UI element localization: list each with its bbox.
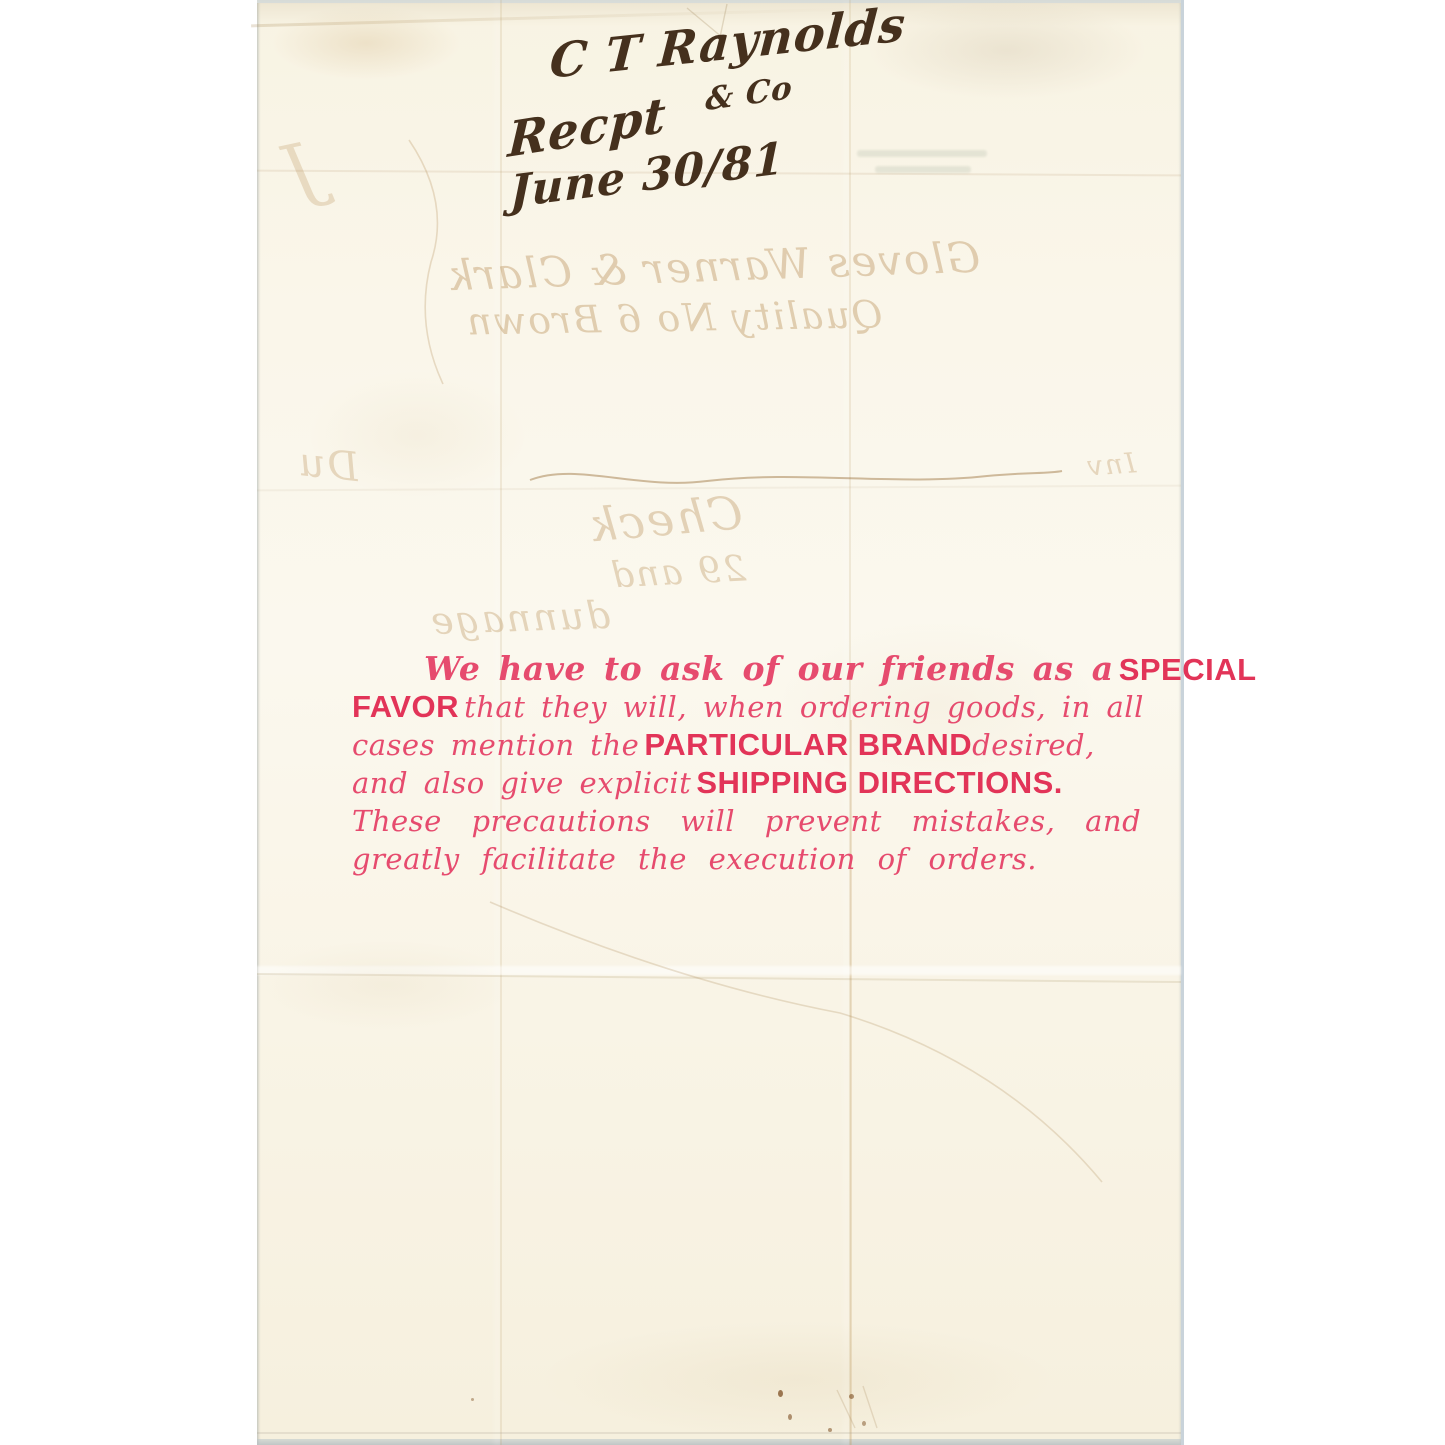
scanned-document-photo: { "document": { "type": "Back of 1881 me… bbox=[0, 0, 1445, 1445]
ghost-handwriting-word: Check bbox=[585, 485, 745, 552]
foxing-spot bbox=[471, 1398, 474, 1401]
notice-line-6-script: greatly facilitate the execution of orde… bbox=[352, 842, 1037, 876]
ghost-handwriting-word: dunnage bbox=[428, 593, 611, 643]
horizontal-fold-highlight bbox=[257, 966, 1181, 975]
notice-line-2: FAVOR that they will, when ordering good… bbox=[352, 688, 1094, 726]
receipt-paper: Gloves Warner & Clark Quality No 6 Brown… bbox=[257, 0, 1184, 1445]
notice-line-5: These precautions will prevent mistakes,… bbox=[352, 802, 1094, 840]
notice-line-4: and also give explicit SHIPPING DIRECTIO… bbox=[352, 764, 1094, 802]
foxing-spot bbox=[788, 1414, 792, 1420]
handwritten-company-suffix: & Co bbox=[705, 70, 794, 119]
ghost-handwriting-line: Quality No 6 Brown bbox=[349, 290, 1000, 345]
horizontal-fold-crease-bottom bbox=[257, 1432, 1181, 1434]
foxing-spot bbox=[849, 1394, 854, 1399]
notice-line-1: We have to ask of our friends as a SPECI… bbox=[352, 650, 1094, 688]
foxing-spot bbox=[778, 1390, 783, 1397]
ghost-handwriting-word: Inv bbox=[1084, 446, 1137, 482]
notice-line-1-script: We have to ask of our friends as a bbox=[424, 649, 1114, 688]
ghost-handwriting-line: Gloves Warner & Clark bbox=[322, 228, 1103, 304]
paper-stain bbox=[307, 370, 527, 500]
notice-line-3-bold: PARTICULAR BRAND bbox=[644, 727, 972, 762]
notice-line-5-script: These precautions will prevent mistakes,… bbox=[352, 804, 1141, 838]
ghost-handwriting-word: Du bbox=[295, 439, 361, 491]
notice-line-2-script: that they will, when ordering goods, in … bbox=[464, 690, 1144, 724]
ghost-printed-text bbox=[857, 150, 1007, 182]
notice-line-3-script-b: desired, bbox=[972, 728, 1095, 762]
foxing-spot bbox=[862, 1421, 866, 1426]
ghost-handwriting-word: 29 and bbox=[608, 548, 747, 596]
paper-stain bbox=[257, 940, 517, 1030]
notice-line-1-bold: SPECIAL bbox=[1119, 652, 1257, 687]
notice-line-3-script-a: cases mention the bbox=[352, 728, 639, 762]
notice-line-4-bold: SHIPPING DIRECTIONS. bbox=[696, 765, 1063, 800]
paper-stain bbox=[537, 1320, 1057, 1440]
notice-line-2-bold: FAVOR bbox=[352, 689, 459, 724]
horizontal-fold-crease-middle bbox=[257, 973, 1181, 983]
notice-line-3: cases mention the PARTICULAR BRANDdesire… bbox=[352, 726, 1094, 764]
ghost-flourish: J bbox=[277, 126, 325, 215]
foxing-spot bbox=[828, 1428, 832, 1432]
printed-notice-block: We have to ask of our friends as a SPECI… bbox=[352, 650, 1094, 878]
paper-bottom-edge bbox=[257, 1439, 1181, 1445]
notice-line-6: greatly facilitate the execution of orde… bbox=[352, 840, 1094, 878]
notice-line-4-script: and also give explicit bbox=[352, 766, 691, 800]
horizontal-fold-crease-faint bbox=[257, 485, 1181, 492]
